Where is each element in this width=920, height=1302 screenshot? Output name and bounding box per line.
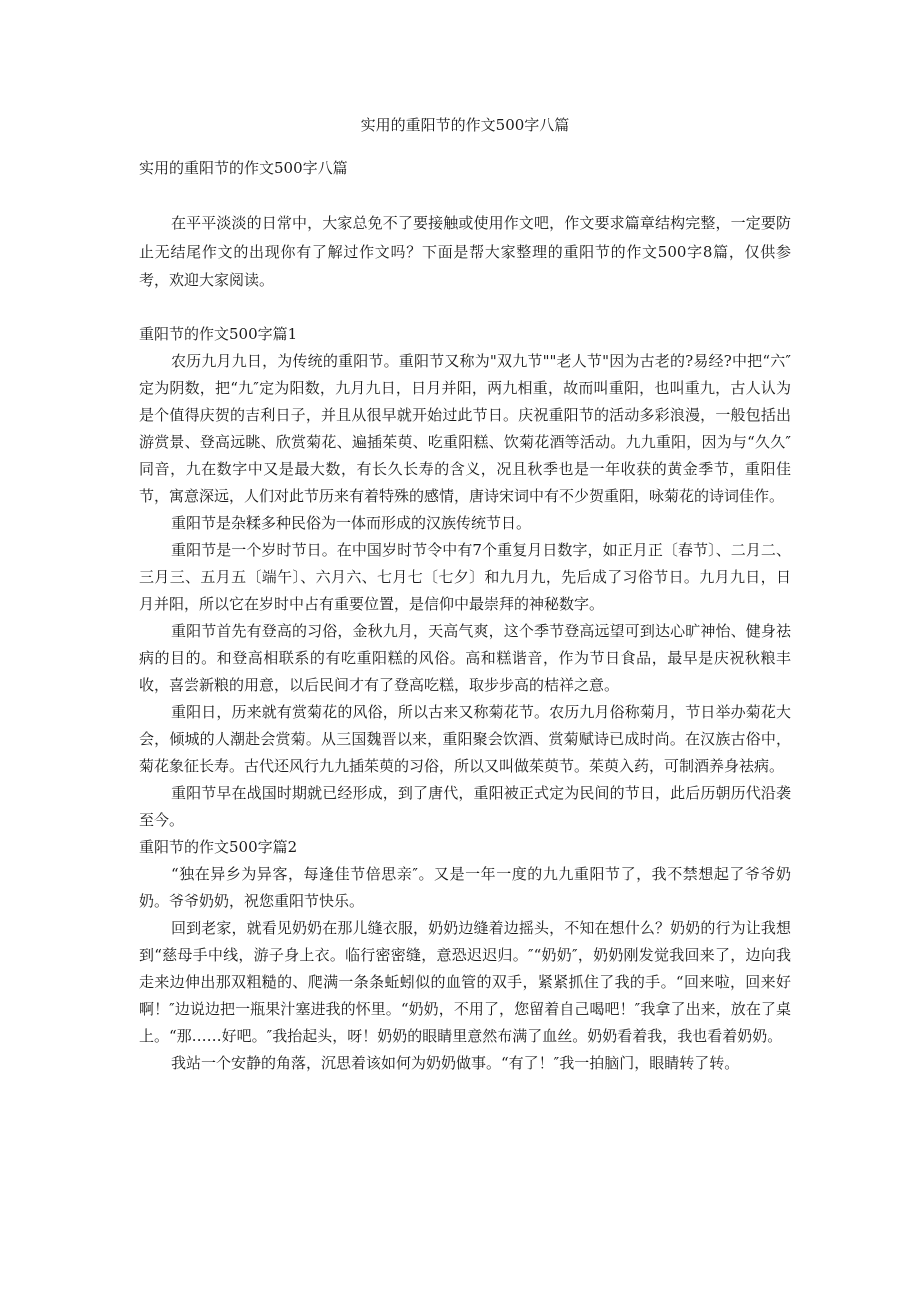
paragraph: 农历九月九日，为传统的重阳节。重阳节又称为"双九节""老人节"因为古老的?易经?… [139, 348, 791, 510]
paragraph: 重阳节是一个岁时节日。在中国岁时节令中有7个重复月日数字，如正月正〔春节〕、二月… [139, 537, 791, 618]
document-title: 实用的重阳节的作文500字八篇 [139, 114, 791, 136]
essay-section-2: 重阳节的作文500字篇2 “独在异乡为异客，每逢佳节倍思亲″。又是一年一度的九九… [139, 834, 791, 1077]
paragraph: “独在异乡为异客，每逢佳节倍思亲″。又是一年一度的九九重阳节了，我不禁想起了爷爷… [139, 861, 791, 915]
paragraph: 回到老家，就看见奶奶在那儿缝衣服，奶奶边缝着边摇头，不知在想什么？奶奶的行为让我… [139, 915, 791, 1050]
essay-section-1: 重阳节的作文500字篇1 农历九月九日，为传统的重阳节。重阳节又称为"双九节""… [139, 321, 791, 834]
section-heading: 重阳节的作文500字篇1 [139, 321, 791, 348]
document-subtitle: 实用的重阳节的作文500字八篇 [139, 157, 348, 179]
paragraph: 重阳节是杂糅多种民俗为一体而形成的汉族传统节日。 [139, 510, 791, 537]
paragraph: 我站一个安静的角落，沉思着该如何为奶奶做事。“有了！″我一拍脑门，眼睛转了转。 [139, 1050, 791, 1077]
paragraph: 重阳节首先有登高的习俗，金秋九月，天高气爽，这个季节登高远望可到达心旷神怡、健身… [139, 618, 791, 699]
paragraph: 重阳日，历来就有赏菊花的风俗，所以古来又称菊花节。农历九月俗称菊月，节日举办菊花… [139, 699, 791, 780]
section-heading: 重阳节的作文500字篇2 [139, 834, 791, 861]
document-body: 重阳节的作文500字篇1 农历九月九日，为传统的重阳节。重阳节又称为"双九节""… [139, 321, 791, 1077]
intro-paragraph: 在平平淡淡的日常中，大家总免不了要接触或使用作文吧，作文要求篇章结构完整，一定要… [139, 209, 791, 295]
paragraph: 重阳节早在战国时期就已经形成，到了唐代，重阳被正式定为民间的节日，此后历朝历代沿… [139, 780, 791, 834]
